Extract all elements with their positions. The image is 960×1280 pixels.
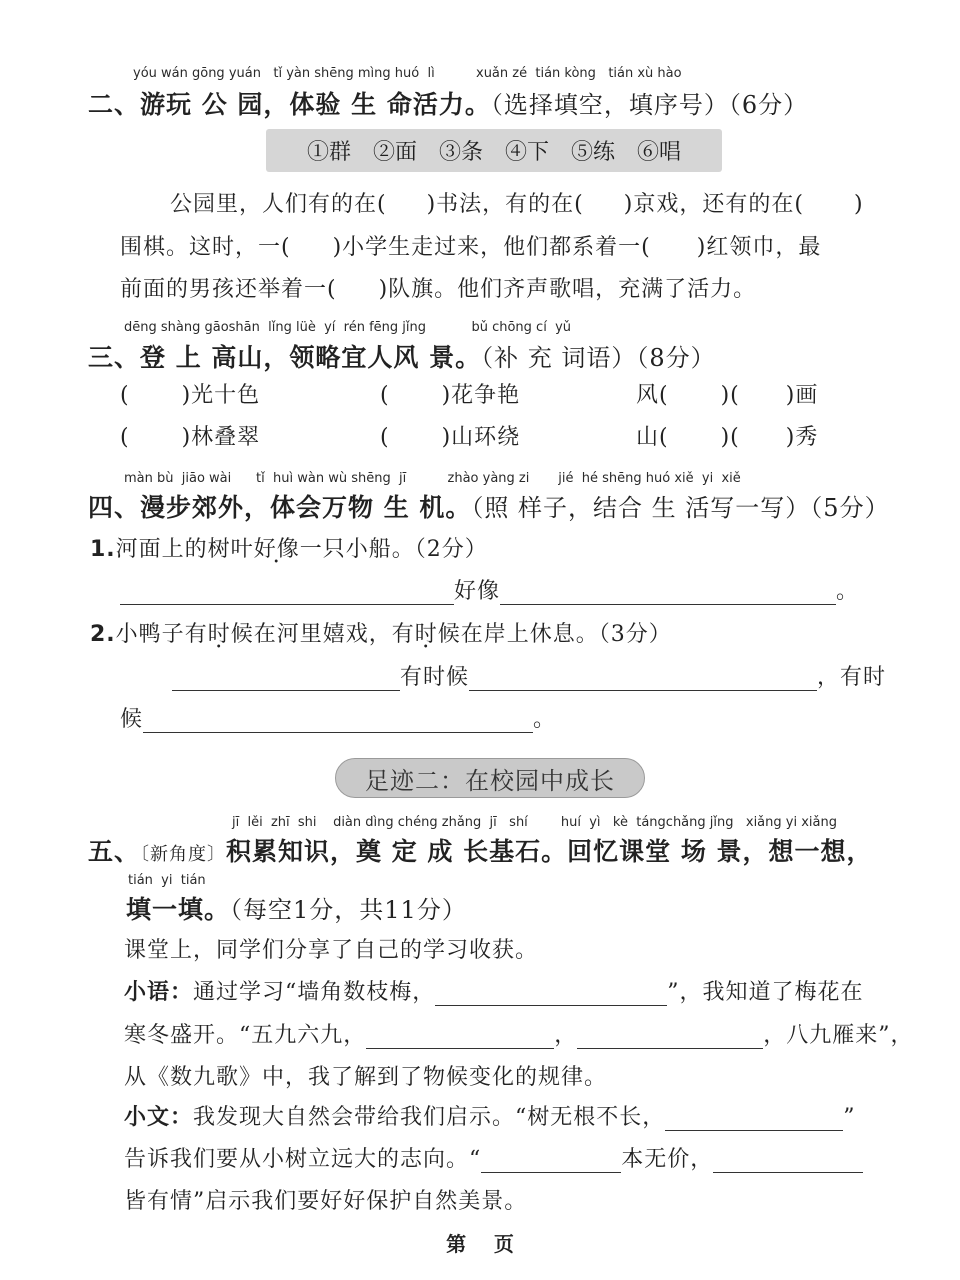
section2-title: 二、游玩 公 园，体验 生 命活力。 <box>88 90 491 119</box>
section5-prefix: 五、 <box>88 837 140 866</box>
word-choice-box: ①群 ②面 ③条 ④下 ⑤练 ⑥唱 <box>266 129 722 172</box>
passage-line-1: 公园里，人们有的在()书法，有的在()京戏，还有的在() <box>170 187 864 218</box>
idiom-row-2c: 山()()秀 <box>636 420 818 451</box>
proverb-blank-2[interactable] <box>481 1149 621 1173</box>
q2-answer-line-1: 有时候，有时 <box>172 660 886 691</box>
q1-answer-line: 好像。 <box>120 574 859 605</box>
section2-note: （选择填空，填序号）（6分） <box>491 91 808 119</box>
choice-1: ①群 <box>307 135 351 166</box>
section3-title: 三、登 上 高山，领略宜人风 景。 <box>88 343 481 372</box>
idiom-row-2: ()林叠翠 <box>120 420 260 451</box>
xiaowen-line-1: 小文：我发现大自然会带给我们启示。“树无根不长，” <box>124 1100 856 1131</box>
unit-banner: 足迹二：在校园中成长 <box>335 758 645 798</box>
q2-number: 2. <box>90 622 116 647</box>
idiom-row-1c: 风()()画 <box>636 378 818 409</box>
section3-pinyin: dēng shàng gāoshān lǐng lüè yí rén fēng … <box>124 320 571 335</box>
xiaoyu-line-2: 寒冬盛开。“五九六九，，，八九雁来”， <box>124 1018 914 1049</box>
choice-6: ⑥唱 <box>637 135 681 166</box>
q1-blank-1[interactable] <box>120 581 454 605</box>
poem-blank-3[interactable] <box>577 1025 763 1049</box>
emphasis-youshihou-2: 有时候 <box>392 622 461 647</box>
speaker-xiaowen: 小文： <box>124 1105 193 1130</box>
speaker-xiaoyu: 小语： <box>124 980 193 1005</box>
q2-blank-3[interactable] <box>143 709 533 733</box>
poem-blank-2[interactable] <box>366 1025 554 1049</box>
section4-note: （照 样子，结合 生 活写一写）（5分） <box>471 494 889 522</box>
section4-pinyin: màn bù jiāo wài tǐ huì wàn wù shēng jī z… <box>124 471 741 486</box>
q2-blank-2[interactable] <box>469 667 817 691</box>
section3-note: （补 充 词语）（8分） <box>481 344 716 372</box>
section5-pinyin-1: jī lěi zhī shi diàn dìng chéng zhǎng jī … <box>232 815 837 830</box>
page-number-footer: 第 页 <box>0 1228 960 1257</box>
xiaowen-line-2: 告诉我们要从小树立远大的志向。“本无价， <box>124 1142 863 1173</box>
choice-4: ④下 <box>505 135 549 166</box>
section5-heading-2: 填一填。（每空1分，共11分） <box>126 890 467 926</box>
q1-number: 1. <box>90 537 116 562</box>
q2-prompt: 2.小鸭子有时候在河里嬉戏，有时候在岸上休息。（3分） <box>90 617 672 648</box>
q2-answer-line-2: 候。 <box>120 702 556 733</box>
proverb-blank-3[interactable] <box>713 1149 863 1173</box>
section3-heading: 三、登 上 高山，领略宜人风 景。（补 充 词语）（8分） <box>88 338 716 374</box>
section4-title: 四、漫步郊外，体会万物 生 机。 <box>88 493 471 522</box>
new-angle-tag: 〔新角度〕 <box>140 844 226 865</box>
poem-blank-1[interactable] <box>435 982 667 1006</box>
q1-prompt: 1.河面上的树叶好像一只小船。（2分） <box>90 532 488 563</box>
section2-pinyin: yóu wán gōng yuán tǐ yàn shēng mìng huó … <box>133 66 682 81</box>
section5-title-2: 填一填。 <box>126 895 230 924</box>
passage-line-2: 围棋。这时，一()小学生走过来，他们都系着一()红领巾，最 <box>120 230 821 261</box>
choice-2: ②面 <box>373 135 417 166</box>
q1-blank-2[interactable] <box>500 581 836 605</box>
proverb-blank-1[interactable] <box>665 1107 843 1131</box>
section5-title: 积累知识，奠 定 成 长基石。回忆课堂 场 景，想一想， <box>226 837 873 866</box>
emphasis-haoxiang: 好像 <box>254 537 300 562</box>
idiom-row-1: ()光十色 <box>120 378 260 409</box>
xiaowen-line-3: 皆有情”启示我们要好好保护自然美景。 <box>124 1184 527 1215</box>
section4-heading: 四、漫步郊外，体会万物 生 机。（照 样子，结合 生 活写一写）（5分） <box>88 488 890 524</box>
choice-5: ⑤练 <box>571 135 615 166</box>
passage-line-3: 前面的男孩还举着一()队旗。他们齐声歌唱，充满了活力。 <box>120 272 756 303</box>
q2-blank-1[interactable] <box>172 667 400 691</box>
section5-intro: 课堂上，同学们分享了自己的学习收获。 <box>124 933 538 964</box>
choice-3: ③条 <box>439 135 483 166</box>
section5-heading: 五、〔新角度〕积累知识，奠 定 成 长基石。回忆课堂 场 景，想一想， <box>88 832 873 868</box>
xiaoyu-line-1: 小语：通过学习“墙角数枝梅，”，我知道了梅花在 <box>124 975 864 1006</box>
section2-heading: 二、游玩 公 园，体验 生 命活力。（选择填空，填序号）（6分） <box>88 85 808 121</box>
emphasis-youshihou-1: 有时候 <box>185 622 254 647</box>
section5-note: （每空1分，共11分） <box>230 896 467 924</box>
idiom-row-2b: ()山环绕 <box>380 420 520 451</box>
xiaoyu-line-3: 从《数九歌》中，我了解到了物候变化的规律。 <box>124 1060 607 1091</box>
idiom-row-1b: ()花争艳 <box>380 378 520 409</box>
section5-pinyin-2: tián yi tián <box>128 873 206 888</box>
